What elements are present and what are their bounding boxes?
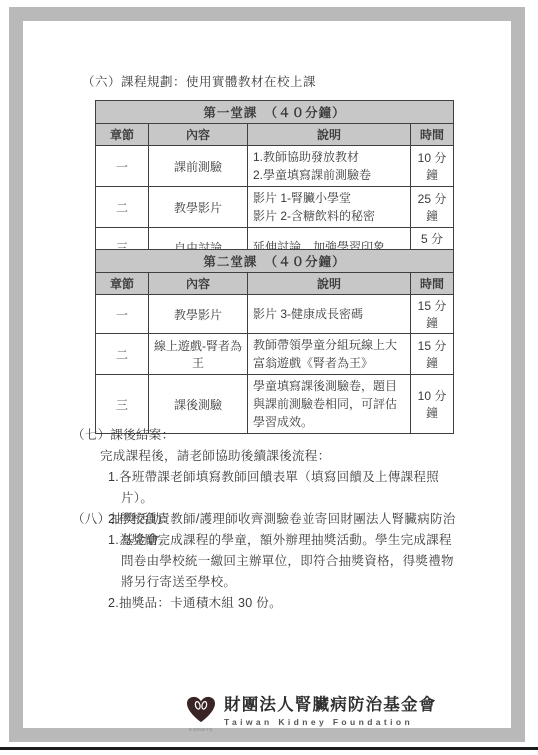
- table-row: 一 教學影片 影片 3-健康成長密碼 15 分鐘: [96, 295, 454, 334]
- description-cell: 影片 3-健康成長密碼: [248, 295, 411, 334]
- section-8-heading: （八）抽獎活動：: [72, 509, 457, 530]
- organization-name: 財團法人腎臟病防治基金會 Taiwan Kidney Foundation: [224, 696, 436, 727]
- time-cell: 10 分鐘: [411, 146, 454, 187]
- description-cell: 教師帶領學童分組玩線上大富翁遊戲《腎者為王》: [248, 334, 411, 375]
- content-cell: 教學影片: [149, 295, 248, 334]
- column-header-description: 說明: [248, 124, 411, 146]
- chapter-cell: 一: [96, 146, 149, 187]
- column-header-chapter: 章節: [96, 124, 149, 146]
- kidney-heart-logo: KIDNEYS: [184, 696, 218, 734]
- logo-wordmark: KIDNEYS: [189, 728, 213, 733]
- time-cell: 25 分鐘: [411, 187, 454, 228]
- section-7-item: 1.各班帶課老師填寫教師回饋表單（填寫回饋及上傳課程照片）。: [108, 467, 457, 509]
- table-row: 二 線上遊戲-腎者為王 教師帶領學童分組玩線上大富翁遊戲《腎者為王》 15 分鐘: [96, 334, 454, 375]
- content-cell: 教學影片: [149, 187, 248, 228]
- chapter-cell: 一: [96, 295, 149, 334]
- table-row: 一 課前測驗 1.教師協助發放教材 2.學童填寫課前測驗卷 10 分鐘: [96, 146, 454, 187]
- description-cell: 1.教師協助發放教材 2.學童填寫課前測驗卷: [248, 146, 411, 187]
- section-7-intro: 完成課程後，請老師協助後續課後流程：: [100, 446, 457, 467]
- description-cell: 影片 1-腎臟小學堂 影片 2-含糖飲料的秘密: [248, 187, 411, 228]
- time-cell: 15 分鐘: [411, 295, 454, 334]
- section-8-item: 1.為獎勵完成課程的學童，額外辦理抽獎活動。學生完成課程問卷由學校統一繳回主辦單…: [108, 530, 457, 593]
- column-header-time: 時間: [411, 273, 454, 295]
- table-header-row: 章節 內容 說明 時間: [96, 273, 454, 295]
- lesson-2-table: 第二堂課 （４０分鐘） 章節 內容 說明 時間 一 教學影片 影片 3-健康成長…: [95, 249, 454, 434]
- table-title: 第一堂課 （４０分鐘）: [96, 101, 454, 124]
- organization-name-zh: 財團法人腎臟病防治基金會: [224, 696, 436, 715]
- foundation-logo: KIDNEYS 財團法人腎臟病防治基金會 Taiwan Kidney Found…: [184, 696, 436, 734]
- content-cell: 課前測驗: [149, 146, 248, 187]
- lesson-1-table: 第一堂課 （４０分鐘） 章節 內容 說明 時間 一 課前測驗 1.教師協助發放教…: [95, 100, 454, 267]
- table-title-row: 第一堂課 （４０分鐘）: [96, 101, 454, 124]
- table-title-row: 第二堂課 （４０分鐘）: [96, 250, 454, 273]
- table-header-row: 章節 內容 說明 時間: [96, 124, 454, 146]
- column-header-description: 說明: [248, 273, 411, 295]
- section-8-item: 2.抽獎品：卡通積木組 30 份。: [108, 593, 457, 614]
- table-row: 二 教學影片 影片 1-腎臟小學堂 影片 2-含糖飲料的秘密 25 分鐘: [96, 187, 454, 228]
- column-header-content: 內容: [149, 273, 248, 295]
- time-cell: 15 分鐘: [411, 334, 454, 375]
- column-header-content: 內容: [149, 124, 248, 146]
- organization-name-en: Taiwan Kidney Foundation: [224, 717, 436, 727]
- table-title: 第二堂課 （４０分鐘）: [96, 250, 454, 273]
- column-header-time: 時間: [411, 124, 454, 146]
- column-header-chapter: 章節: [96, 273, 149, 295]
- chapter-cell: 二: [96, 187, 149, 228]
- heart-kidneys-icon: [186, 696, 216, 729]
- section-7-heading: （七）課後結案：: [72, 425, 457, 446]
- section-6-heading: （六）課程規劃：使用實體教材在校上課: [82, 72, 316, 90]
- section-8: （八）抽獎活動： 1.為獎勵完成課程的學童，額外辦理抽獎活動。學生完成課程問卷由…: [72, 509, 457, 614]
- scan-edge-line: [0, 747, 538, 750]
- chapter-cell: 二: [96, 334, 149, 375]
- content-cell: 線上遊戲-腎者為王: [149, 334, 248, 375]
